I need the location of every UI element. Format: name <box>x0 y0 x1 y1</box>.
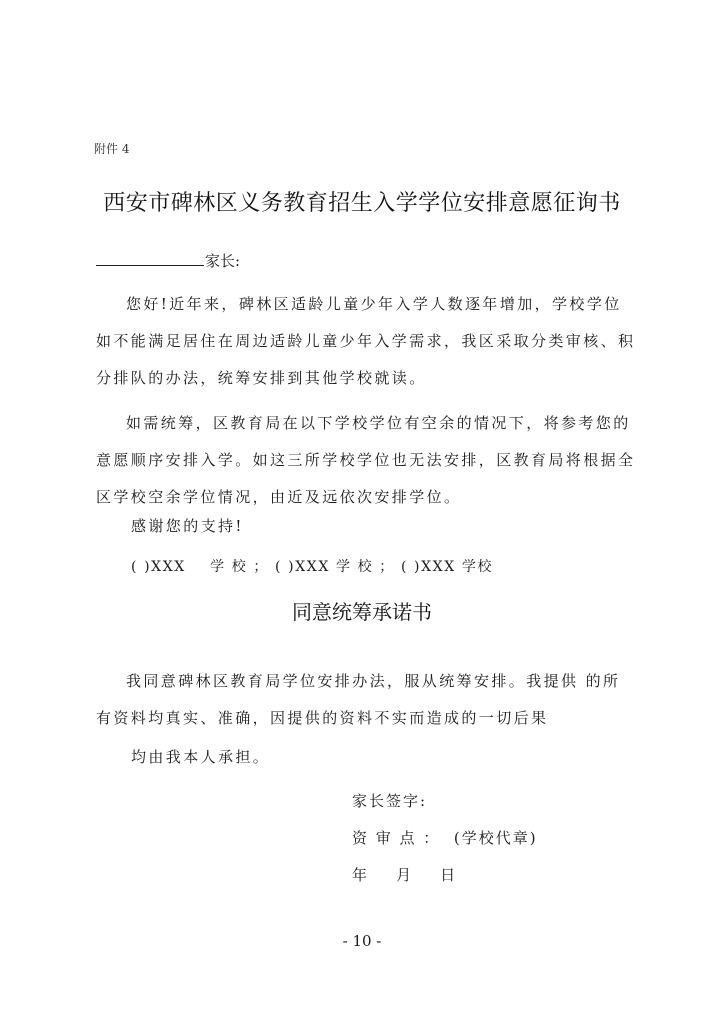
paragraph-intro: 您好!近年来，碑林区适龄儿童少年入学人数逐年增加，学校学位如不能满足居住在周边适… <box>96 286 636 397</box>
parent-signature-label: 家长签字: <box>352 790 427 811</box>
paragraph-arrangement: 如需统筹，区教育局在以下学校学位有空余的情况下，将参考您的意愿顺序安排入学。如这… <box>96 405 636 516</box>
parent-name-blank <box>96 251 204 266</box>
salutation-label: 家长: <box>205 252 240 270</box>
page-number: - 10 - <box>0 932 724 950</box>
commitment-paragraph: 我同意碑林区教育局学位安排办法，服从统筹安排。我提供 的所有资料均真实、准确，因… <box>96 663 636 737</box>
document-title: 西安市碑林区义务教育招生入学学位安排意愿征询书 <box>0 186 724 217</box>
school-choices: ( )XXX 学 校 ； ( )XXX 学 校 ； ( )XXX 学校 <box>131 556 493 576</box>
commitment-paragraph-end: 均由我本人承担。 <box>131 746 270 767</box>
school-choice-3: ( )XXX 学校 <box>401 559 493 575</box>
school-choice-2: ( )XXX 学 校 ； <box>275 559 395 575</box>
commitment-title: 同意统筹承诺书 <box>0 596 724 625</box>
school-choice-1: ( )XXX 学 校 ； <box>131 559 269 575</box>
review-point-label: 资 审 点 ： (学校代章) <box>352 827 538 848</box>
salutation: 家长: <box>96 250 240 271</box>
date-label: 年 月 日 <box>352 864 457 885</box>
thanks-text: 感谢您的支持! <box>131 515 244 536</box>
attachment-label: 附件 4 <box>94 140 129 157</box>
